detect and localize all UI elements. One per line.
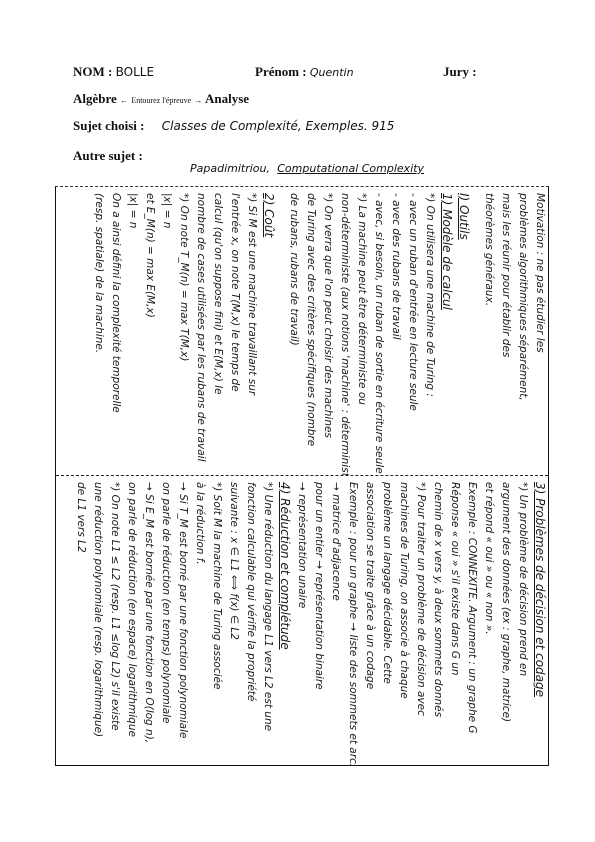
notes-bottom-rotated: 3) Problèmes de décision et codage*) Un … [56,476,548,765]
prenom-value: Quentin [310,66,354,79]
note-line: de rubans, rubans de travail) [285,187,302,475]
note-line: de Turing avec des critères spécifiques … [302,187,319,475]
note-line: on parle de réduction (en temps) polynom… [157,476,174,765]
note-line: l'entrée x, on note T(M,x) le temps de [226,187,243,475]
notes-top-panel: Motivation : ne pas étudier lesproblèmes… [56,187,548,475]
note-line: *) On verra que l'on peut choisir des ma… [319,187,336,475]
note-line: et E_M(n) = max E(M,x) [141,187,158,475]
note-line: |x| = n [124,187,141,475]
sujet-row: Sujet choisi : Classes de Complexité, Ex… [73,118,394,134]
note-line: problèmes algorithmiques séparément, [514,187,531,475]
arrow-right-icon: → [194,96,202,105]
note-line: Exemple : pour un graphe → liste des som… [344,476,361,765]
note-line: *) Pour traiter un problème de décision … [412,476,429,765]
note-line: → Si E_M est bornée par une fonction en … [140,476,157,765]
note-line: une réduction polynomiale (resp. logarit… [89,476,106,765]
notes-box: Motivation : ne pas étudier lesproblèmes… [55,186,549,766]
note-line: *) Un problème de décision prend en [514,476,531,765]
notes-top-rotated: Motivation : ne pas étudier lesproblèmes… [56,187,548,475]
note-line: suivante : x ∈ L1 ⟺ f(x) ∈ L2 [225,476,242,765]
note-line: pour un entier → représentation binaire [310,476,327,765]
note-line: (resp. spatiale) de la machine. [90,187,107,475]
note-line: théorèmes généraux. [480,187,497,475]
note-line: argument des données (ex : graphe, matri… [497,476,514,765]
nom-value: BOLLE [116,65,154,79]
note-line: Réponse « oui » s'il existe dans G un [446,476,463,765]
note-line [472,187,480,475]
arrow-left-icon: ← [120,96,128,105]
note-line: - avec, si besoin, un ruban de sortie en… [370,187,387,475]
note-line: machines de Turing, on associe à chaque [395,476,412,765]
analyse-label: Analyse [205,91,249,106]
note-line: de L1 vers L2 [72,476,89,765]
name-row: NOM : BOLLE [73,64,154,80]
note-line: nombre de cases utilisées par les rubans… [192,187,209,475]
note-line: non-déterministe (aux notions 'machine' … [336,187,353,475]
autre-label: Autre sujet : [73,148,143,164]
note-line: chemin de x vers y, à deux sommets donné… [429,476,446,765]
jury-label: Jury : [443,64,477,80]
note-line: problème un langage décidable. Cette [378,476,395,765]
autre-row: Papadimitriou, Computational Complexity [190,160,424,176]
note-line: *) Une réduction du langage L1 vers L2 e… [259,476,276,765]
note-line: Motivation : ne pas étudier les [531,187,548,475]
note-line: mais les réunir pour établir des [497,187,514,475]
note-line: fonction calculable qui vérifie la propr… [242,476,259,765]
note-line [277,187,285,475]
autre-value-author: Papadimitriou, [190,162,270,175]
note-line: 4) Réduction et complétude [276,476,293,765]
note-line: on parle de réduction (en espace) logari… [123,476,140,765]
sujet-value: Classes de Complexité, Exemples. 915 [162,119,395,133]
notes-bottom-panel: 3) Problèmes de décision et codage*) Un … [56,476,548,765]
note-line: *) On note T_M(n) = max T(M,x) [175,187,192,475]
nom-label: NOM : [73,64,112,79]
note-line: association se traite grâce à un codage [361,476,378,765]
note-line: |x| = n [158,187,175,475]
note-line: *) Soit M la machine de Turing associée [208,476,225,765]
algebre-label: Algèbre [73,91,117,106]
autre-value-title: Computational Complexity [277,162,424,175]
entourez-instruction: Entourez l'épreuve [131,96,191,105]
note-line: → représentation unaire [293,476,310,765]
note-line: à la réduction f. [191,476,208,765]
note-line: → Si T_M est borné par une fonction poly… [174,476,191,765]
prenom-label: Prénom : [255,64,307,79]
epreuve-row: Algèbre ← Entourez l'épreuve → Analyse [73,91,249,107]
note-line: *) On utilisera une machine de Turing : [421,187,438,475]
note-line: - avec un ruban d'entrée en lecture seul… [404,187,421,475]
note-line: 2) Coût [260,187,277,475]
note-line: I) Outils [455,187,472,475]
note-line: Exemple : CONNEXITE. Argument : un graph… [463,476,480,765]
note-line: - avec des rubans de travail [387,187,404,475]
sujet-label: Sujet choisi : [73,118,145,133]
note-line: et répond « oui » ou « non ». [480,476,497,765]
note-line: On a ainsi défini la complexité temporel… [107,187,124,475]
note-line: *) La machine peut être déterministe ou [353,187,370,475]
note-line: 1) Modèle de calcul [438,187,455,475]
note-line: → matrice d'adjacence [327,476,344,765]
note-line: 3) Problèmes de décision et codage [531,476,548,765]
note-line: *) On note L1 ≤ L2 (resp. L1 ≤log L2) s'… [106,476,123,765]
note-line: calcul (qu'on suppose fini) et E(M,x) le [209,187,226,475]
note-line: *) Si M est une machine travaillant sur [243,187,260,475]
prenom-row: Prénom : Quentin [255,64,354,80]
